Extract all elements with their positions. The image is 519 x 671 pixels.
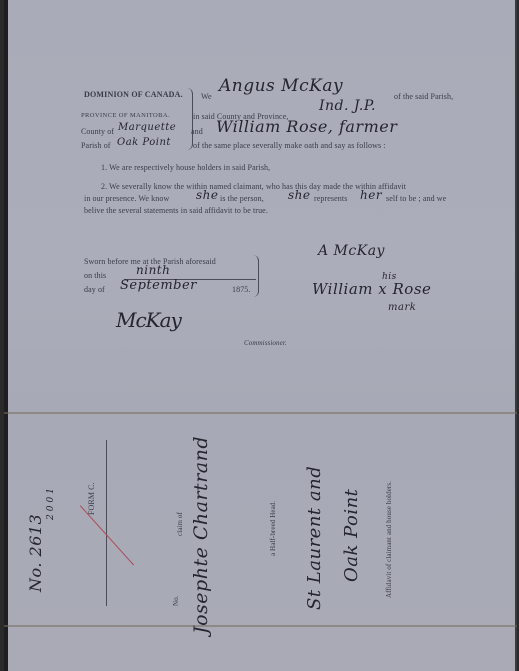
docket-parish-line-1: St Laurent and — [304, 466, 325, 610]
parish-label: Parish of — [81, 141, 111, 150]
parish-value: Oak Point — [117, 137, 171, 148]
sworn-day-value: ninth — [136, 263, 170, 277]
affidavit-title: Affidavit of claimant and house holders. — [385, 481, 393, 598]
pronoun-hand-3: her — [360, 188, 382, 202]
no-label: No. — [172, 595, 180, 606]
document-page: DOMINION OF CANADA. PROVINCE OF MANITOBA… — [4, 0, 517, 671]
commissioner-signature: McKay — [116, 308, 181, 332]
statement-2-line-2c: represents — [314, 194, 347, 203]
signature-1: A McKay — [318, 243, 385, 259]
sworn-brace — [253, 255, 259, 297]
fold-line-upper — [4, 412, 517, 414]
docket-number: No. 2613 — [26, 514, 45, 592]
declarant-parish-text: of the said Parish, — [394, 92, 453, 101]
fold-line-lower — [4, 625, 517, 627]
scan-edge-right — [515, 0, 517, 671]
signature-2-mark: William x Rose — [312, 280, 431, 298]
on-this-label: on this — [84, 271, 106, 280]
docket-dotted-rule — [106, 440, 107, 606]
pronoun-hand-2: she — [288, 188, 311, 202]
statement-2-line-3: belive the several statements in said af… — [84, 206, 268, 215]
day-of-label: day of — [84, 285, 105, 294]
oath-text: of the same place severally make oath an… — [193, 141, 386, 150]
commissioner-label: Commissioner. — [244, 339, 287, 347]
docket-number-sub: 2001 — [46, 485, 56, 520]
province-heading: PROVINCE OF MANITOBA. — [81, 112, 170, 119]
county-label: County of — [81, 127, 114, 136]
we-label: We — [201, 92, 212, 101]
declarant-name-2: William Rose, farmer — [216, 117, 397, 136]
declarant-title: Ind. J.P. — [319, 98, 376, 114]
county-value: Marquette — [118, 122, 176, 133]
and-label: and — [191, 127, 203, 136]
sworn-year: 1875. — [232, 285, 251, 294]
dominion-heading: DOMINION OF CANADA. — [84, 90, 183, 99]
claim-of-label: claim of — [176, 512, 184, 536]
statement-1: 1. We are respectively house holders in … — [101, 163, 270, 172]
scan-edge-left — [4, 0, 8, 671]
statement-2-line-2d: self to be ; and we — [386, 194, 446, 203]
claimant-name: Josephte Chartrand — [190, 436, 212, 634]
statement-2-line-2b: is the person, — [220, 194, 264, 203]
declarant-name-1: Angus McKay — [219, 76, 343, 96]
docket-parish-line-2: Oak Point — [341, 489, 362, 582]
mark-label: mark — [388, 302, 416, 313]
sworn-month-value: September — [120, 278, 197, 293]
statement-2-line-2a: in our presence. We know — [84, 194, 169, 203]
half-breed-head-label: a Half-breed Head. — [269, 501, 277, 556]
pronoun-hand-1: she — [196, 188, 219, 202]
form-label: FORM C. — [87, 482, 96, 515]
